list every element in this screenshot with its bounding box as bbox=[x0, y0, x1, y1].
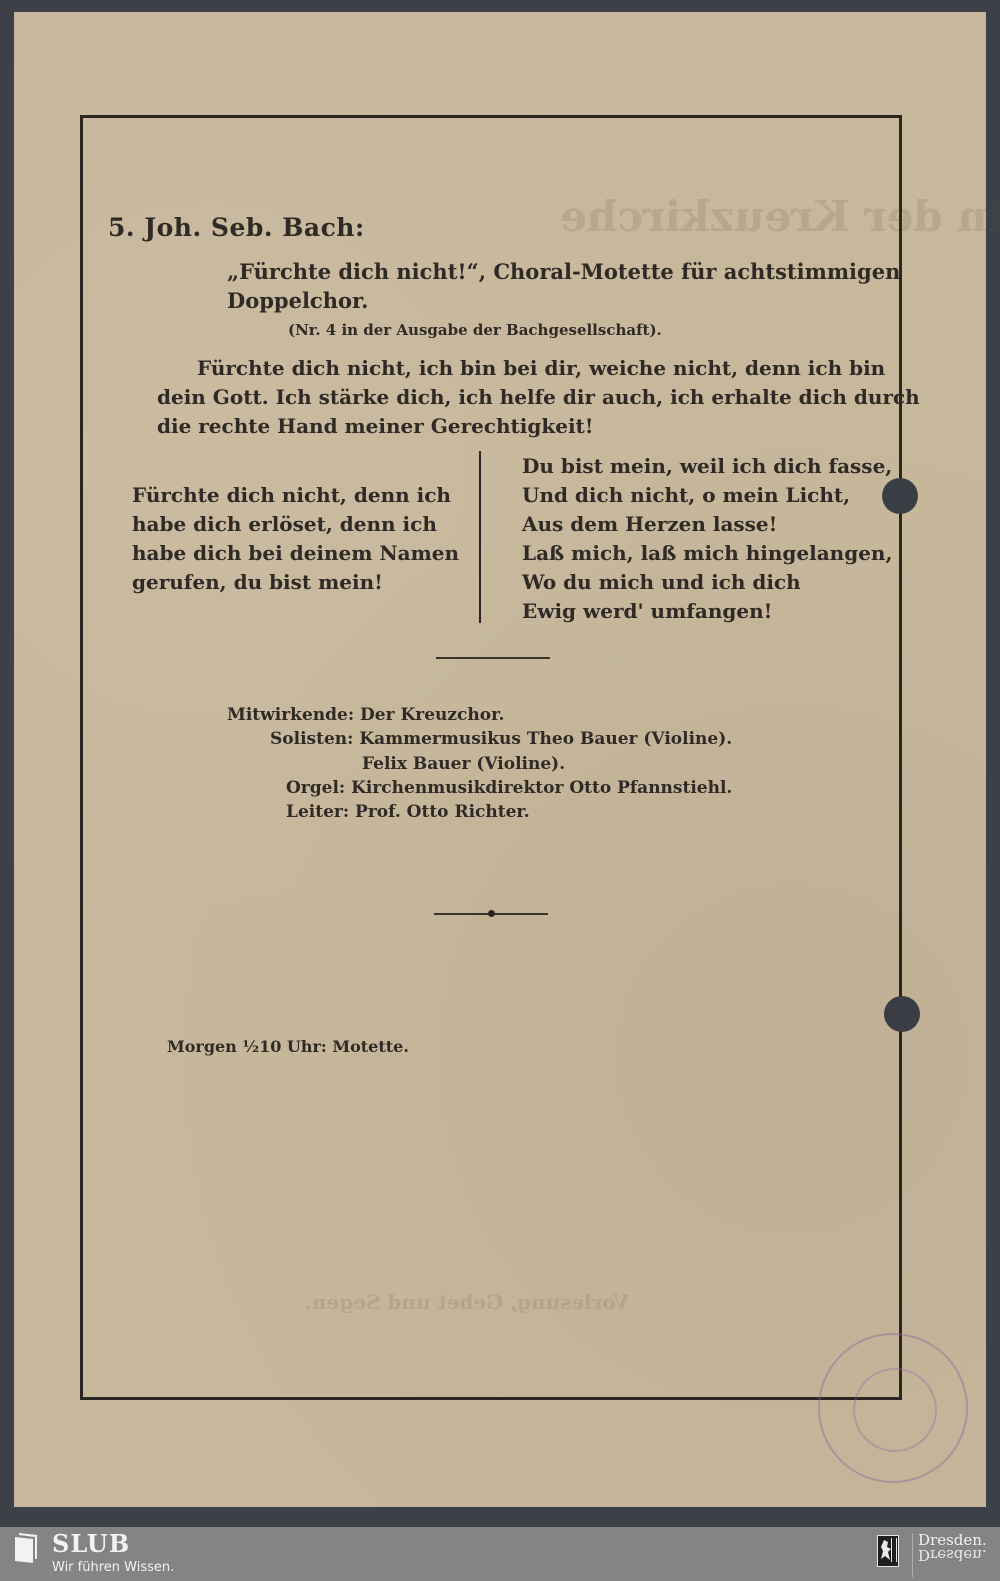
work-title-line: Doppelchor. bbox=[227, 286, 875, 315]
verse-paragraph: Fürchte dich nicht, ich bin bei dir, wei… bbox=[157, 354, 877, 441]
slub-logo-text[interactable]: SLUB bbox=[52, 1529, 130, 1558]
right-column-chorale: Du bist mein, weil ich dich fasse, Und d… bbox=[522, 452, 882, 626]
left-column-text: Fürchte dich nicht, denn ich habe dich e… bbox=[132, 481, 442, 597]
dresden-logo-reflection: Dresden. bbox=[918, 1547, 987, 1562]
chorale-line: Laß mich, laß mich hingelangen, bbox=[522, 539, 882, 568]
credits-soloists: Solisten: Kammermusikus Theo Bauer (Viol… bbox=[270, 729, 732, 749]
column-divider bbox=[479, 451, 481, 623]
credits-performers: Mitwirkende: Der Kreuzchor. bbox=[227, 705, 504, 725]
left-column-line: gerufen, du bist mein! bbox=[132, 568, 442, 597]
chorale-line: Ewig werd' umfangen! bbox=[522, 597, 882, 626]
ornament-dot bbox=[488, 910, 495, 917]
composer-heading: 5. Joh. Seb. Bach: bbox=[108, 213, 365, 242]
section-divider bbox=[436, 657, 550, 659]
credits-conductor: Leiter: Prof. Otto Richter. bbox=[286, 802, 530, 822]
chorale-line: Und dich nicht, o mein Licht, bbox=[522, 481, 882, 510]
stamp-inner-ring bbox=[853, 1368, 937, 1452]
work-title: „Fürchte dich nicht!“, Choral-Motette fü… bbox=[227, 257, 875, 315]
library-stamp bbox=[818, 1333, 968, 1483]
verse-line: dein Gott. Ich stärke dich, ich helfe di… bbox=[157, 383, 877, 412]
work-title-line: „Fürchte dich nicht!“, Choral-Motette fü… bbox=[227, 257, 875, 286]
lion-icon bbox=[881, 1540, 891, 1560]
footer-separator bbox=[912, 1533, 913, 1577]
slub-book-icon bbox=[13, 1533, 39, 1563]
chorale-line: Aus dem Herzen lasse! bbox=[522, 510, 882, 539]
crest-bars bbox=[891, 1538, 897, 1562]
dresden-crest-icon bbox=[877, 1535, 899, 1567]
credits-soloist-2: Felix Bauer (Violine). bbox=[362, 754, 565, 774]
chorale-line: Du bist mein, weil ich dich fasse, bbox=[522, 452, 882, 481]
footer-bar: SLUB Wir führen Wissen. Dresden. Dresden… bbox=[0, 1527, 1000, 1581]
left-column-line: habe dich bei deinem Namen bbox=[132, 539, 442, 568]
left-column-line: habe dich erlöset, denn ich bbox=[132, 510, 442, 539]
verse-line: Fürchte dich nicht, ich bin bei dir, wei… bbox=[157, 354, 877, 383]
credits-organ: Orgel: Kirchenmusikdirektor Otto Pfannst… bbox=[286, 778, 732, 798]
chorale-line: Wo du mich und ich dich bbox=[522, 568, 882, 597]
verse-line: die rechte Hand meiner Gerechtigkeit! bbox=[157, 412, 877, 441]
punch-hole bbox=[884, 996, 920, 1032]
punch-hole bbox=[882, 478, 918, 514]
footnote-next-event: Morgen ½10 Uhr: Motette. bbox=[167, 1037, 409, 1056]
slub-tagline: Wir führen Wissen. bbox=[52, 1560, 174, 1575]
left-column-line: Fürchte dich nicht, denn ich bbox=[132, 481, 442, 510]
edition-note: (Nr. 4 in der Ausgabe der Bachgesellscha… bbox=[288, 321, 662, 339]
